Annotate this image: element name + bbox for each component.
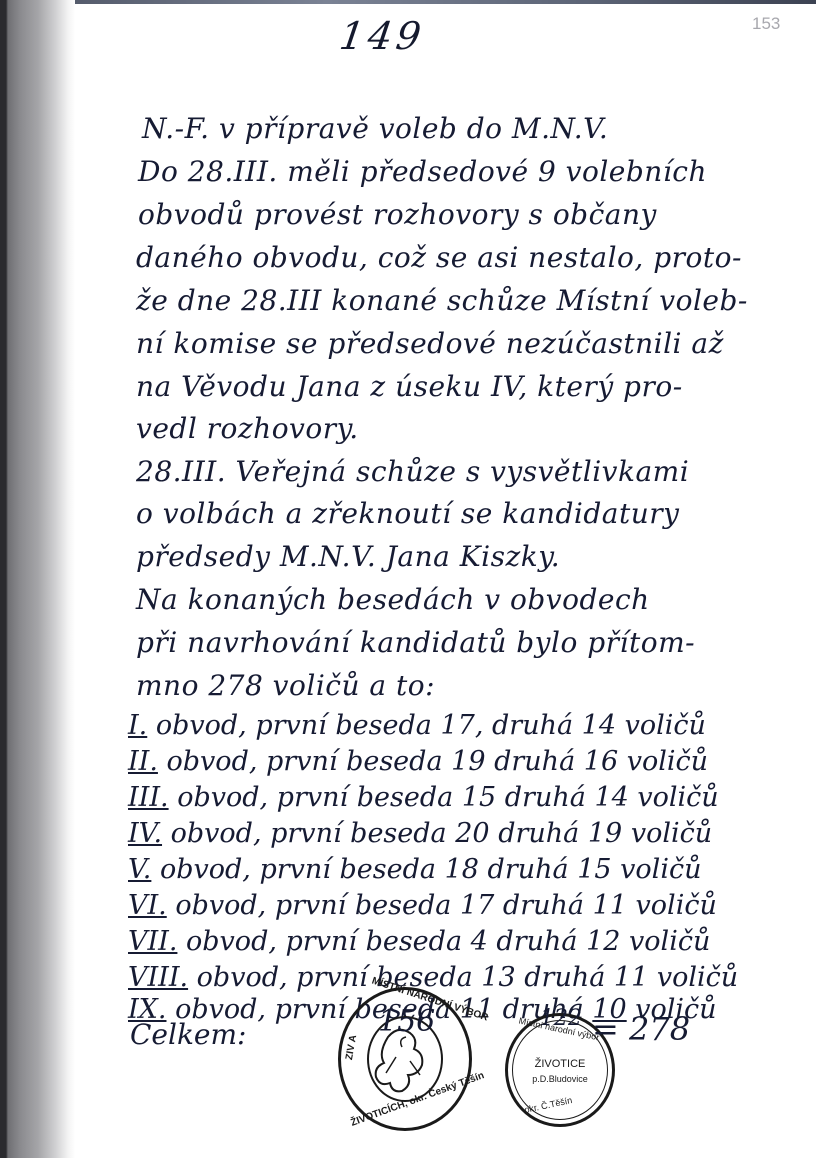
body-line: Do 28.III. měli předsedové 9 volebních: [138, 155, 707, 188]
first-meeting-count: 17: [440, 710, 474, 741]
second-meeting-count: 15: [577, 854, 611, 885]
first-meeting-count: 19: [451, 746, 485, 777]
unit-label: voličů: [629, 926, 710, 957]
first-meeting-count: 18: [445, 854, 479, 885]
tally-row: II. obvod, první beseda 19 druhá 16 voli…: [128, 746, 708, 777]
first-meeting-count: 20: [455, 818, 489, 849]
body-line: ní komise se předsedové nezúčastnili až: [136, 327, 724, 360]
body-line: že dne 28.III konané schůze Místní voleb…: [136, 284, 748, 317]
second-meeting-count: 11: [593, 890, 627, 921]
second-meeting-count: 12: [586, 926, 620, 957]
second-meeting-label: druhá: [505, 782, 586, 813]
second-meeting-label: druhá: [498, 818, 579, 849]
unit-label: voličů: [636, 890, 717, 921]
obvod-number: I.: [128, 710, 147, 741]
body-line: daného obvodu, což se asi nestalo, proto…: [136, 241, 742, 274]
body-line: obvodů provést rozhovory s občany: [138, 198, 657, 231]
obvod-number: VII.: [128, 926, 177, 957]
tally-text: obvod, první beseda: [156, 710, 432, 741]
obvod-number: II.: [128, 746, 158, 777]
body-line: N.-F. v přípravě voleb do M.N.V.: [142, 112, 608, 145]
scan-top-edge: [0, 0, 816, 4]
unit-label: voličů: [627, 746, 708, 777]
archive-stamp-number: 153: [752, 14, 780, 34]
seal-center-town: ŽIVOTICE: [508, 1058, 612, 1070]
second-meeting-count: 14: [582, 710, 616, 741]
unit-label: voličů: [631, 818, 712, 849]
subtotal-first-meetings: 156: [378, 1004, 435, 1039]
obvod-number: III.: [128, 782, 169, 813]
unit-label: voličů: [637, 782, 718, 813]
second-meeting-count: 16: [584, 746, 618, 777]
first-meeting-count: 15: [462, 782, 496, 813]
tally-text: obvod, první beseda: [177, 782, 453, 813]
tally-row: IV. obvod, první beseda 20 druhá 19 voli…: [128, 818, 712, 849]
tally-row: I. obvod, první beseda 17, druhá 14 voli…: [128, 710, 706, 741]
unit-label: voličů: [620, 854, 701, 885]
seal-center-post: p.D.Bludovice: [508, 1074, 612, 1084]
body-line: při navrhování kandidatů bylo přítom-: [136, 626, 695, 659]
second-meeting-label: druhá: [494, 746, 575, 777]
subtotal-second-meetings: 122: [540, 1006, 582, 1031]
second-meeting-count: 11: [614, 962, 648, 993]
body-line: na Věvodu Jana z úseku IV, který pro-: [136, 370, 683, 403]
tally-text: obvod, první beseda: [160, 854, 436, 885]
first-meeting-count: 13: [481, 962, 515, 993]
tally-row: VII. obvod, první beseda 4 druhá 12 voli…: [128, 926, 710, 957]
body-line: 28.III. Veřejná schůze s vysvětlivkami: [136, 455, 689, 488]
total-value: = 278: [592, 1010, 690, 1048]
obvod-number: VIII.: [128, 962, 188, 993]
tally-text: obvod, první beseda: [186, 926, 462, 957]
total-label: Celkem:: [130, 1018, 246, 1051]
second-meeting-count: 19: [588, 818, 622, 849]
body-line: o volbách a zřeknoutí se kandidatury: [136, 497, 679, 530]
body-line: předsedy M.N.V. Jana Kiszky.: [136, 540, 560, 573]
second-meeting-count: 14: [594, 782, 628, 813]
body-line: Na konaných besedách v obvodech: [136, 583, 650, 616]
seal-bottom-text: okr. Č.Těšín: [523, 1095, 573, 1115]
obvod-number: IV.: [128, 818, 162, 849]
first-meeting-count: 4: [471, 926, 488, 957]
tally-text: obvod, první beseda: [175, 890, 451, 921]
tally-row: V. obvod, první beseda 18 druhá 15 volič…: [128, 854, 701, 885]
tally-row: VI. obvod, první beseda 17 druhá 11 voli…: [128, 890, 717, 921]
scan-binding-shadow: [0, 0, 75, 1158]
tally-text: obvod, první beseda: [167, 746, 443, 777]
first-meeting-count: 17: [460, 890, 494, 921]
second-meeting-label: druhá: [492, 710, 573, 741]
second-meeting-label: druhá: [503, 890, 584, 921]
unit-label: voličů: [625, 710, 706, 741]
unit-label: voličů: [657, 962, 738, 993]
body-line: vedl rozhovory.: [136, 412, 359, 445]
body-line: mno 278 voličů a to:: [136, 669, 435, 702]
tally-text: obvod, první beseda: [171, 818, 447, 849]
obvod-number: VI.: [128, 890, 167, 921]
page-number: 149: [337, 14, 428, 58]
second-meeting-label: druhá: [488, 854, 569, 885]
tally-row: III. obvod, první beseda 15 druhá 14 vol…: [128, 782, 719, 813]
second-meeting-label: druhá: [524, 962, 605, 993]
obvod-number: V.: [128, 854, 151, 885]
second-meeting-label: druhá: [496, 926, 577, 957]
